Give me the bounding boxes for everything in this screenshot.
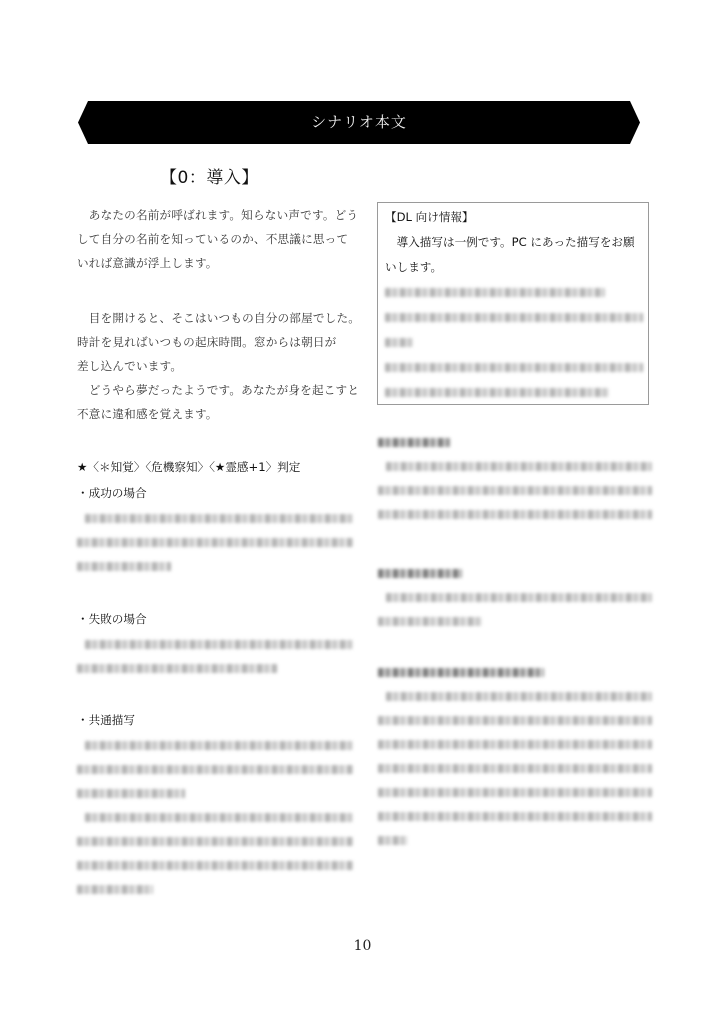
text-line: 目を開けると、そこはいつもの自分の部屋でした。 <box>77 306 357 330</box>
text-line: いします。 <box>385 255 647 280</box>
section-title: 【0：導入】 <box>160 163 259 188</box>
right-block-3-redacted <box>378 660 650 852</box>
text-line: 時計を見ればいつもの起床時間。窓からは朝日が <box>77 330 357 354</box>
text-line: あなたの名前が呼ばれます。知らない声です。どう <box>77 203 357 227</box>
text-line: どうやら夢だったようです。あなたが身を起こすと <box>77 378 357 402</box>
info-box-title: 【DL 向け情報】 <box>385 205 647 230</box>
intro-paragraph: あなたの名前が呼ばれます。知らない声です。どう して自分の名前を知っているのか、… <box>77 203 357 275</box>
text-line: して自分の名前を知っているのか、不思議に思って <box>77 227 357 251</box>
page-number: 10 <box>0 938 725 954</box>
section-banner: シナリオ本文 <box>78 101 640 144</box>
text-line: 不意に違和感を覚えます。 <box>77 402 357 426</box>
skill-check-line: ★〈＊知覚〉〈危機察知〉〈★霊感+1〉判定 <box>77 459 300 475</box>
right-block-2-redacted <box>378 561 650 633</box>
text-line: 差し込んでいます。 <box>77 354 357 378</box>
failure-body-redacted <box>77 632 357 680</box>
right-block-1-redacted <box>378 430 650 526</box>
failure-heading: ・失敗の場合 <box>77 611 147 627</box>
banner-title: シナリオ本文 <box>78 101 640 144</box>
common-body-redacted <box>77 733 357 901</box>
text-line: 導入描写は一例です。PC にあった描写をお願 <box>385 230 647 255</box>
success-heading: ・成功の場合 <box>77 485 147 501</box>
success-body-redacted <box>77 506 357 578</box>
room-paragraph: 目を開けると、そこはいつもの自分の部屋でした。 時計を見ればいつもの起床時間。窓… <box>77 306 357 426</box>
dl-info-box: 【DL 向け情報】 導入描写は一例です。PC にあった描写をお願 いします。 <box>377 202 649 405</box>
common-heading: ・共通描写 <box>77 712 135 728</box>
text-line: いれば意識が浮上します。 <box>77 251 357 275</box>
info-box-redacted <box>385 280 647 405</box>
